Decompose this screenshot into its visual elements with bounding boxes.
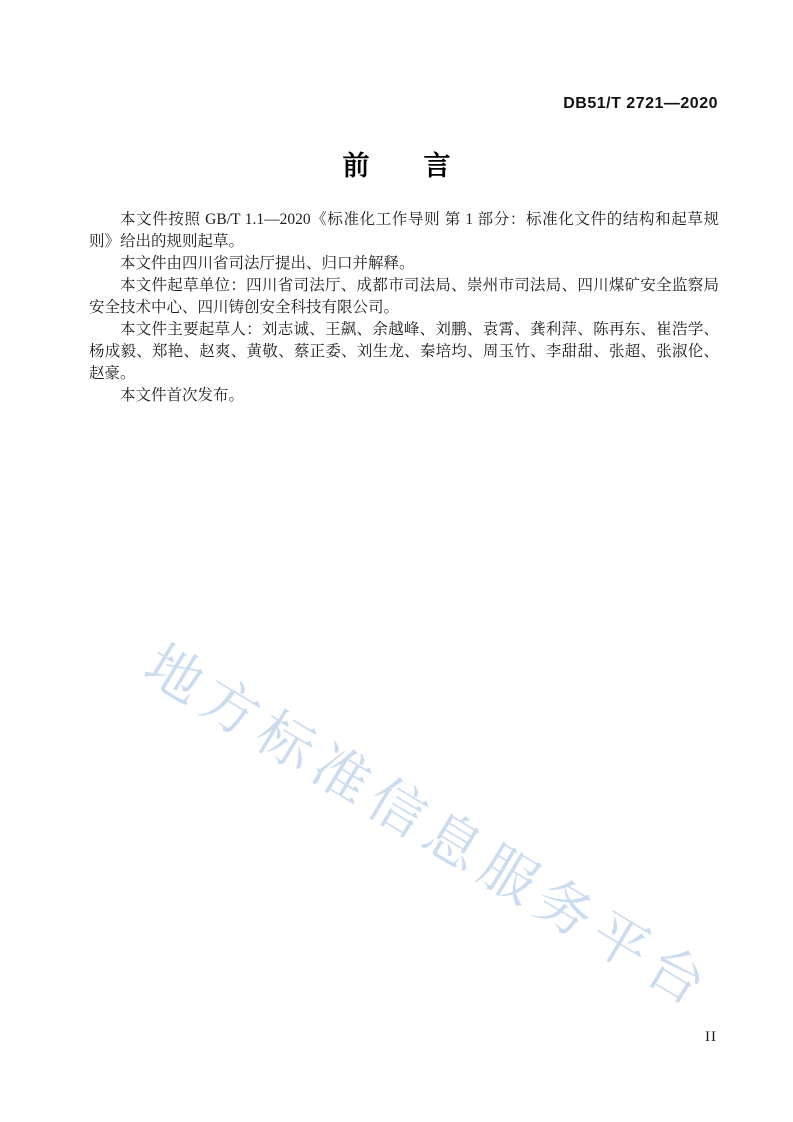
paragraph-proposed-by: 本文件由四川省司法厅提出、归口并解释。 xyxy=(89,253,719,275)
paragraph-drafting-units: 本文件起草单位：四川省司法厅、成都市司法局、崇州市司法局、四川煤矿安全监察局安全… xyxy=(89,275,719,319)
page-number: II xyxy=(705,1029,717,1046)
paragraph-main-drafters: 本文件主要起草人：刘志诚、王飙、余越峰、刘鹏、袁霄、龚利萍、陈再东、崔浩学、杨成… xyxy=(89,319,719,385)
foreword-title: 前 言 xyxy=(0,144,793,183)
document-page: DB51/T 2721—2020 前 言 本文件按照 GB/T 1.1—2020… xyxy=(0,0,793,1122)
paragraph-drafting-basis: 本文件按照 GB/T 1.1—2020《标准化工作导则 第 1 部分：标准化文件… xyxy=(89,209,719,253)
paragraph-first-release: 本文件首次发布。 xyxy=(89,385,719,407)
watermark-text: 地方标准信息服务平台 xyxy=(132,622,730,1025)
foreword-body: 本文件按照 GB/T 1.1—2020《标准化工作导则 第 1 部分：标准化文件… xyxy=(89,209,719,407)
standard-number-header: DB51/T 2721—2020 xyxy=(563,95,718,113)
